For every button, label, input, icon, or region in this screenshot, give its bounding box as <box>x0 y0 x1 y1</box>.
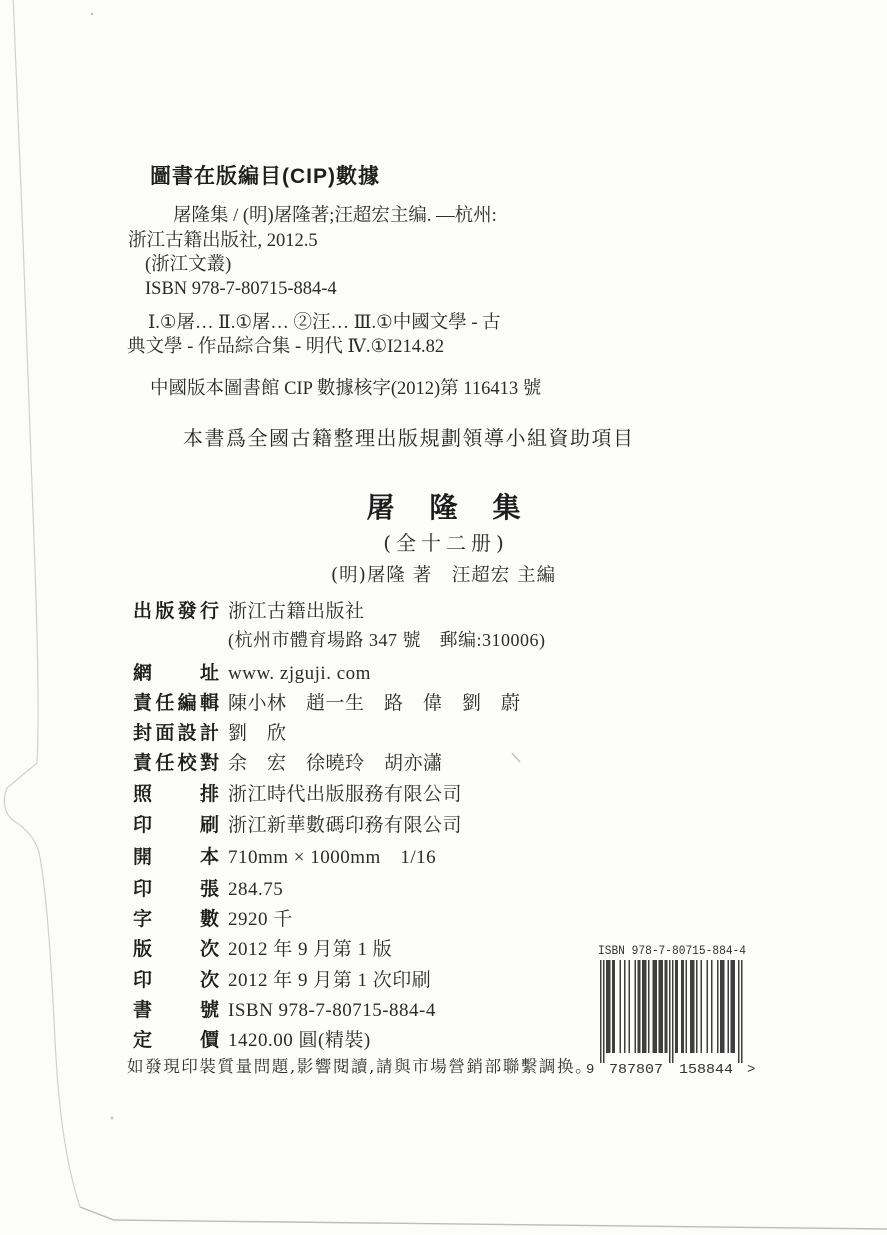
colophon-row: 責任校對 余 宏 徐曉玲 胡亦瀟 <box>133 748 443 775</box>
colophon-row: 印張 284.75 <box>133 874 283 901</box>
cip-registry-line: 中國版本圖書館 CIP 數據核字(2012)第 116413 號 <box>150 374 541 400</box>
cip-record-line: 浙江古籍出版社, 2012.5 <box>128 229 318 253</box>
row-value: 余 宏 徐曉玲 胡亦瀟 <box>228 748 443 775</box>
row-value: 陳小林 趙一生 路 偉 劉 蔚 <box>228 688 521 715</box>
barcode-bars <box>600 960 743 1063</box>
grant-statement: 本書爲全國古籍整理出版規劃領導小組資助項目 <box>183 422 635 451</box>
colophon-row: 印次 2012 年 9 月第 1 次印刷 <box>133 965 431 992</box>
cip-classification-line: Ⅰ.①屠… Ⅱ.①屠… ②汪… Ⅲ.①中國文學 - 古 <box>148 311 501 335</box>
cip-heading: 圖書在版編目(CIP)數據 <box>150 160 380 190</box>
row-label: 責任編輯 <box>133 688 219 715</box>
barcode-end-mark: > <box>747 1062 755 1078</box>
row-value: 2012 年 9 月第 1 版 <box>228 934 392 961</box>
row-label: 責任校對 <box>133 748 219 775</box>
colophon-row: 印刷 浙江新華數碼印務有限公司 <box>133 810 462 837</box>
colophon-row: 開本 710mm × 1000mm 1/16 <box>133 842 436 869</box>
quality-notice: 如發現印裝質量問題,影響閱讀,請與市場營銷部聯繫調换。 <box>127 1053 593 1077</box>
cip-record-line: 屠隆集 / (明)屠隆著;汪超宏主编. —杭州: <box>173 204 497 228</box>
row-value: 1420.00 圓(精裝) <box>228 1025 371 1052</box>
colophon-row: 封面設計 劉 欣 <box>133 718 287 745</box>
publisher-address: (杭州市體育場路 347 號 郵编:310006) <box>228 626 546 652</box>
row-label: 出版發行 <box>133 596 219 623</box>
volume-note: (全十二册) <box>0 527 887 556</box>
colophon-row: 照排 浙江時代出版服務有限公司 <box>133 779 462 806</box>
row-value: 浙江古籍出版社 <box>228 596 365 623</box>
colophon-row: 書號 ISBN 978-7-80715-884-4 <box>133 995 436 1022</box>
book-title: 屠 隆 集 <box>0 486 887 526</box>
colophon-row: 責任編輯 陳小林 趙一生 路 偉 劉 蔚 <box>133 688 521 715</box>
barcode-digit-group1: 787807 <box>609 1062 663 1078</box>
row-label: 照排 <box>133 779 219 806</box>
row-label: 開本 <box>133 842 219 869</box>
colophon-row: 字數 2920 千 <box>133 904 293 931</box>
colophon-row: 網址 www. zjguji. com <box>133 658 371 685</box>
scanned-colophon-page: 圖書在版編目(CIP)數據 屠隆集 / (明)屠隆著;汪超宏主编. —杭州: 浙… <box>0 0 887 1235</box>
byline: (明)屠隆 著 汪超宏 主編 <box>0 561 887 587</box>
row-label: 印刷 <box>133 810 219 837</box>
row-label: 書號 <box>133 995 219 1022</box>
row-value: 284.75 <box>228 879 283 901</box>
row-label: 字數 <box>133 904 219 931</box>
row-value: 浙江新華數碼印務有限公司 <box>228 810 462 837</box>
colophon-row: 定價 1420.00 圓(精裝) <box>133 1025 371 1052</box>
row-label: 版次 <box>133 934 219 961</box>
row-value: 710mm × 1000mm 1/16 <box>228 842 436 869</box>
row-label: 印次 <box>133 965 219 992</box>
row-value: 2012 年 9 月第 1 次印刷 <box>228 965 431 992</box>
row-label: 定價 <box>133 1025 219 1052</box>
cip-series-note: (浙江文叢) <box>145 253 231 277</box>
isbn-barcode: ISBN 978-7-80715-884-4 9 787807 158844 > <box>578 938 773 1080</box>
barcode-digit-group2: 158844 <box>679 1062 733 1078</box>
colophon-row: 版次 2012 年 9 月第 1 版 <box>133 934 392 961</box>
row-label: 印張 <box>133 874 219 901</box>
row-value: 2920 千 <box>228 904 293 931</box>
row-label: 封面設計 <box>133 718 219 745</box>
row-value: www. zjguji. com <box>228 663 371 685</box>
cip-isbn-line: ISBN 978-7-80715-884-4 <box>145 277 337 301</box>
row-value: 劉 欣 <box>228 718 287 745</box>
cip-classification-line: 典文學 - 作品綜合集 - 明代 Ⅳ.①I214.82 <box>127 335 444 359</box>
barcode-digit-lead: 9 <box>586 1062 594 1078</box>
row-label: 網址 <box>133 658 219 685</box>
row-value: ISBN 978-7-80715-884-4 <box>228 1000 436 1022</box>
barcode-isbn-text: ISBN 978-7-80715-884-4 <box>598 944 746 958</box>
row-value: 浙江時代出版服務有限公司 <box>228 779 462 806</box>
colophon-row: 出版發行 浙江古籍出版社 <box>133 596 365 623</box>
